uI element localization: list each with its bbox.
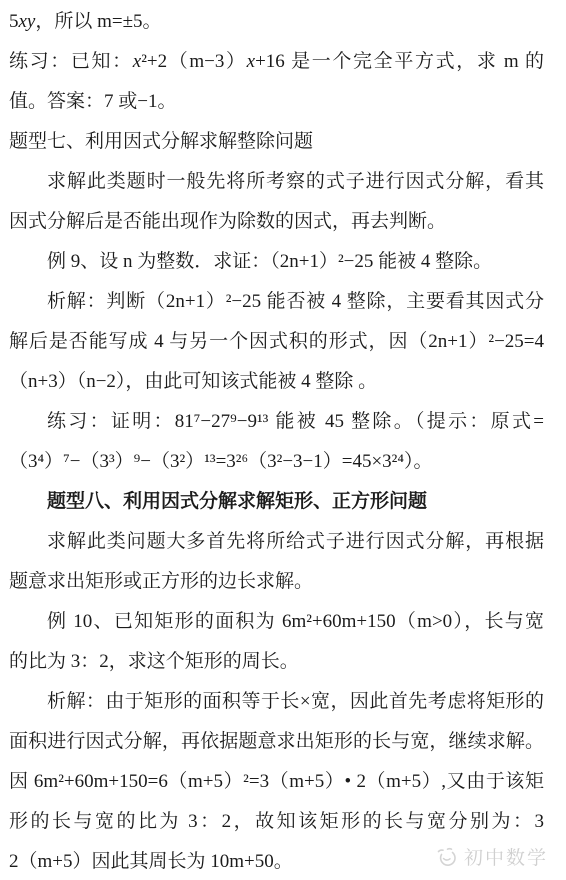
- text-line: 形的长与宽的比为 3：2，故知该矩形的长与宽分别为：3（m+5）、: [9, 802, 544, 842]
- text-line: 值。答案：7 或−1。: [9, 82, 544, 122]
- text-segment: 例 9、设 n 为整数．求证：（2n+1）²−25 能被 4 整除。: [47, 251, 492, 272]
- text-line: 5xy，所以 m=±5。: [9, 2, 544, 42]
- text-line: 面积进行因式分解，再依据题意求出矩形的长与宽，继续求解。: [9, 722, 544, 762]
- text-segment: 的比为 3：2，求这个矩形的周长。: [9, 651, 299, 672]
- text-segment: 2（m+5）因此其周长为 10m+50。: [9, 851, 293, 872]
- text-segment: 求解此类题时一般先将所考察的式子进行因式分解，看其: [47, 171, 544, 192]
- watermark: 初中数学: [435, 843, 548, 870]
- text-line: 题意求出矩形或正方形的边长求解。: [9, 562, 544, 602]
- text-line: 解后是否能写成 4 与另一个因式积的形式，因（2n+1）²−25=4: [9, 322, 544, 362]
- text-line: 析解：由于矩形的面积等于长×宽，因此首先考虑将矩形的: [9, 682, 544, 722]
- text-line: 练习：证明：81⁷−27⁹−9¹³ 能被 45 整除。（提示：原式=: [9, 402, 544, 442]
- text-line: （3⁴）⁷−（3³）⁹−（3²）¹³=3²⁶（3²−3−1）=45×3²⁴）。: [9, 442, 544, 482]
- text-segment: 5: [9, 11, 19, 32]
- document-page: 5xy，所以 m=±5。练习：已知：x²+2（m−3）x+16 是一个完全平方式…: [0, 0, 566, 880]
- text-line: 因 6m²+60m+150=6（m+5）²=3（m+5）• 2（m+5）,又由于…: [9, 762, 544, 802]
- text-line: 求解此类问题大多首先将所给式子进行因式分解，再根据: [9, 522, 544, 562]
- text-segment: 练习：已知：: [9, 51, 133, 72]
- text-segment: +16 是一个完全平方式，求 m 的: [255, 51, 544, 72]
- text-line: 的比为 3：2，求这个矩形的周长。: [9, 642, 544, 682]
- smiley-face-logo-icon: [435, 845, 459, 869]
- text-line: 例 9、设 n 为整数．求证：（2n+1）²−25 能被 4 整除。: [9, 242, 544, 282]
- text-line: （n+3）（n−2），由此可知该式能被 4 整除 。: [9, 362, 544, 402]
- text-line: 求解此类题时一般先将所考察的式子进行因式分解，看其: [9, 162, 544, 202]
- text-segment: （n+3）（n−2），由此可知该式能被 4 整除 。: [9, 371, 377, 392]
- math-variable: xy: [19, 11, 36, 32]
- text-line: 因式分解后是否能出现作为除数的因式，再去判断。: [9, 202, 544, 242]
- watermark-label: 初中数学: [464, 843, 548, 870]
- text-segment: 题型八、利用因式分解求解矩形、正方形问题: [47, 491, 427, 512]
- document-content: 5xy，所以 m=±5。练习：已知：x²+2（m−3）x+16 是一个完全平方式…: [9, 2, 544, 880]
- text-segment: 析解：由于矩形的面积等于长×宽，因此首先考虑将矩形的: [47, 691, 544, 712]
- text-segment: 求解此类问题大多首先将所给式子进行因式分解，再根据: [47, 531, 544, 552]
- text-segment: 值。答案：7 或−1。: [9, 91, 176, 112]
- text-segment: ²+2（m−3）: [141, 51, 246, 72]
- text-segment: 因 6m²+60m+150=6（m+5）²=3（m+5）• 2（m+5）,又由于…: [9, 771, 544, 792]
- text-line: 例 10、已知矩形的面积为 6m²+60m+150（m>0），长与宽: [9, 602, 544, 642]
- text-line: 题型七、利用因式分解求解整除问题: [9, 122, 544, 162]
- text-segment: 因式分解后是否能出现作为除数的因式，再去判断。: [9, 211, 446, 232]
- text-segment: ，所以 m=±5。: [35, 11, 161, 32]
- text-segment: 题意求出矩形或正方形的边长求解。: [9, 571, 313, 592]
- text-segment: 面积进行因式分解，再依据题意求出矩形的长与宽，继续求解。: [9, 731, 544, 752]
- text-segment: 题型七、利用因式分解求解整除问题: [9, 131, 313, 152]
- text-line: 题型八、利用因式分解求解矩形、正方形问题: [9, 482, 544, 522]
- text-segment: （3⁴）⁷−（3³）⁹−（3²）¹³=3²⁶（3²−3−1）=45×3²⁴）。: [9, 451, 433, 472]
- text-segment: 练习：证明：81⁷−27⁹−9¹³ 能被 45 整除。（提示：原式=: [47, 411, 544, 432]
- text-segment: 形的长与宽的比为 3：2，故知该矩形的长与宽分别为：3（m+5）、: [9, 811, 544, 842]
- math-variable: x: [247, 51, 255, 72]
- text-segment: 析解：判断（2n+1）²−25 能否被 4 整除，主要看其因式分: [47, 291, 544, 312]
- text-line: 练习：已知：x²+2（m−3）x+16 是一个完全平方式，求 m 的: [9, 42, 544, 82]
- text-segment: 例 10、已知矩形的面积为 6m²+60m+150（m>0），长与宽: [47, 611, 544, 632]
- text-segment: 解后是否能写成 4 与另一个因式积的形式，因（2n+1）²−25=4: [9, 331, 544, 352]
- math-variable: x: [133, 51, 141, 72]
- text-line: 析解：判断（2n+1）²−25 能否被 4 整除，主要看其因式分: [9, 282, 544, 322]
